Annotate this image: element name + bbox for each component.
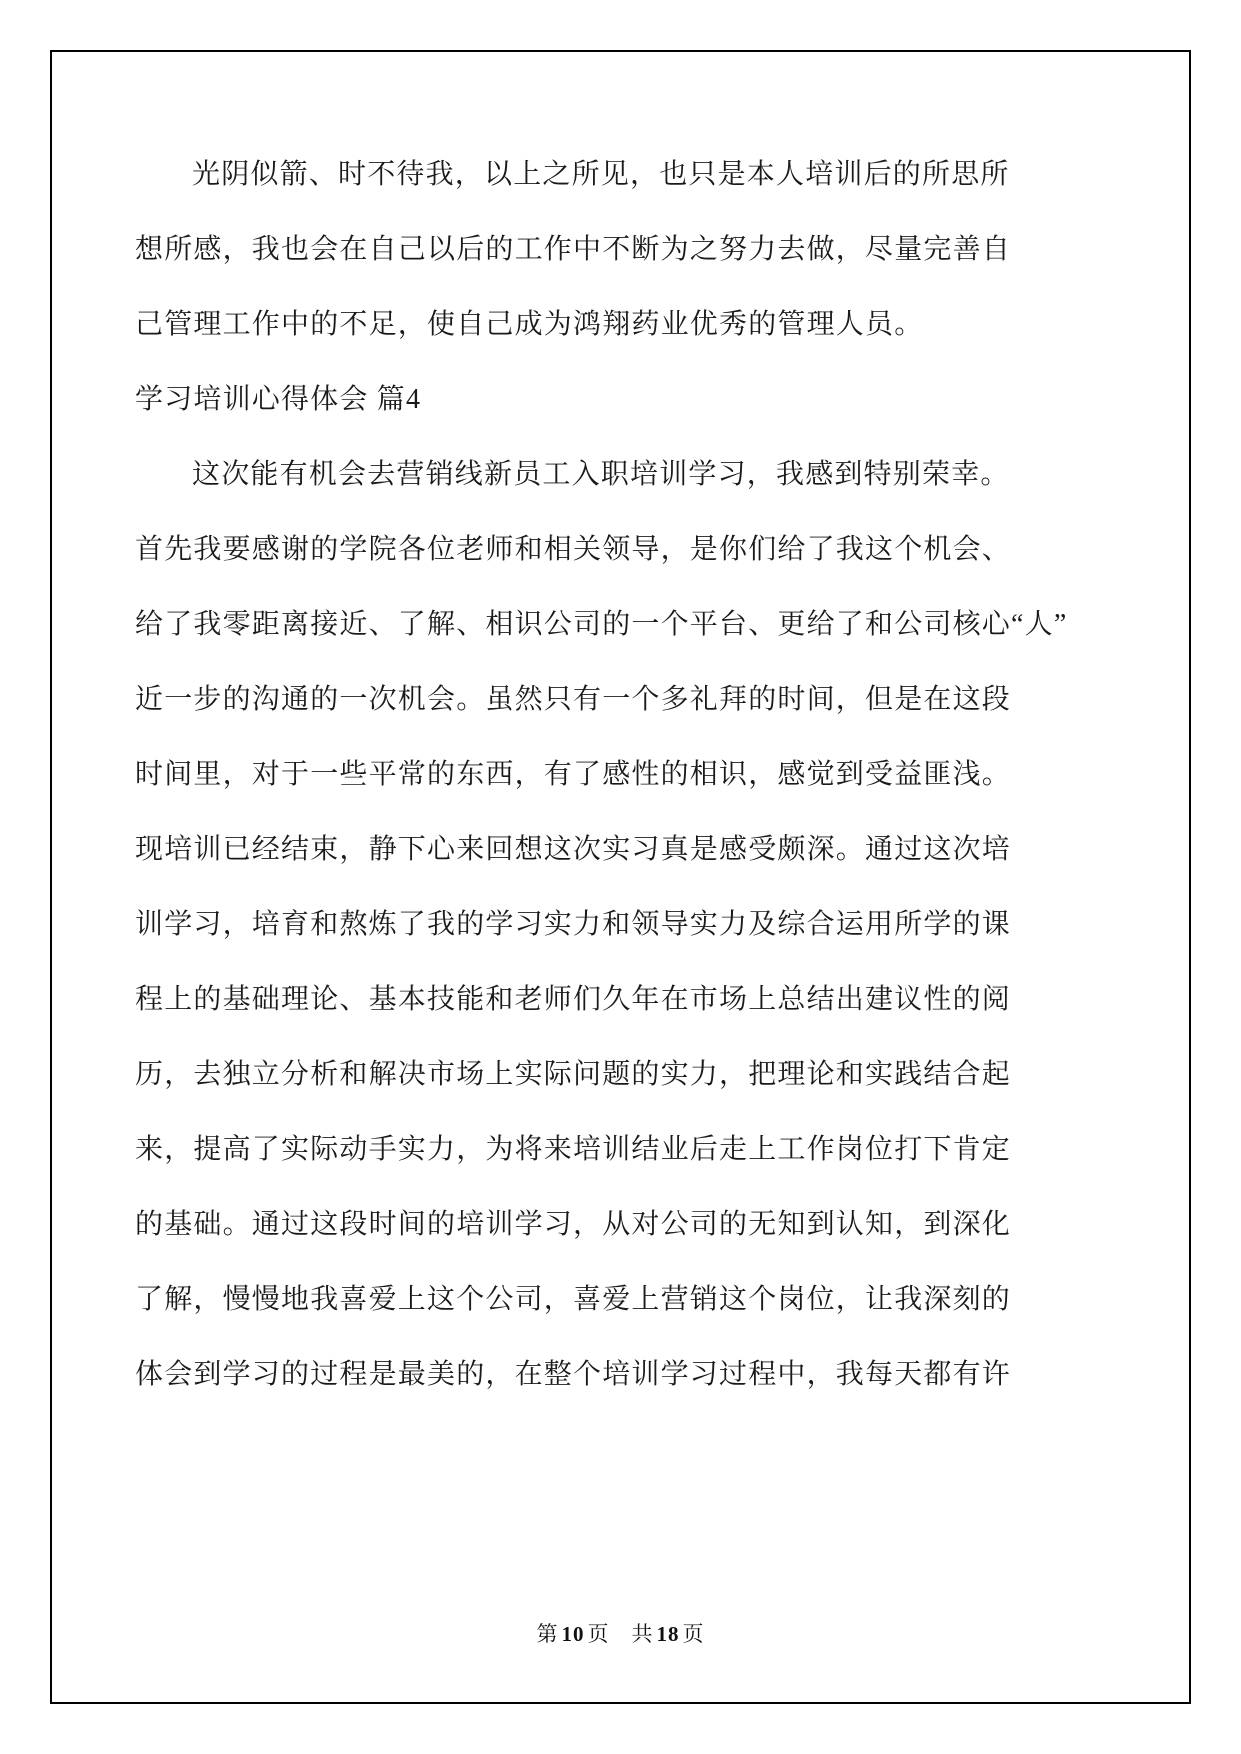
text-line: 训学习，培育和熬炼了我的学习实力和领导实力及综合运用所学的课: [135, 887, 1145, 962]
document-page: 光阴似箭、时不待我，以上之所见，也只是本人培训后的所思所想所感，我也会在自己以后…: [0, 0, 1241, 1754]
total-label-suffix: 页: [683, 1622, 705, 1646]
text-line: 给了我零距离接近、了解、相识公司的一个平台、更给了和公司核心“人”: [135, 587, 1145, 662]
page-label-prefix: 第: [537, 1622, 559, 1646]
total-pages-number: 18: [657, 1622, 680, 1646]
document-body: 光阴似箭、时不待我，以上之所见，也只是本人培训后的所思所想所感，我也会在自己以后…: [135, 137, 1145, 1412]
text-line: 首先我要感谢的学院各位老师和相关领导，是你们给了我这个机会、: [135, 512, 1145, 587]
page-number: 10: [562, 1622, 585, 1646]
text-line: 了解，慢慢地我喜爱上这个公司，喜爱上营销这个岗位，让我深刻的: [135, 1262, 1145, 1337]
text-line: 体会到学习的过程是最美的，在整个培训学习过程中，我每天都有许: [135, 1337, 1145, 1412]
text-line: 来，提高了实际动手实力，为将来培训结业后走上工作岗位打下肯定: [135, 1112, 1145, 1187]
page-footer: 第10页共18页: [0, 1620, 1241, 1648]
text-line: 的基础。通过这段时间的培训学习，从对公司的无知到认知，到深化: [135, 1187, 1145, 1262]
page-label-suffix: 页: [588, 1622, 610, 1646]
total-label-prefix: 共: [632, 1622, 654, 1646]
text-line: 己管理工作中的不足，使自己成为鸿翔药业优秀的管理人员。: [135, 287, 1145, 362]
section-heading: 学习培训心得体会 篇4: [135, 362, 1145, 437]
text-line: 历，去独立分析和解决市场上实际问题的实力，把理论和实践结合起: [135, 1037, 1145, 1112]
text-line: 近一步的沟通的一次机会。虽然只有一个多礼拜的时间，但是在这段: [135, 662, 1145, 737]
text-line: 想所感，我也会在自己以后的工作中不断为之努力去做，尽量完善自: [135, 212, 1145, 287]
text-line: 现培训已经结束，静下心来回想这次实习真是感受颇深。通过这次培: [135, 812, 1145, 887]
total-pages-indicator: 共18页: [632, 1622, 705, 1646]
text-line: 光阴似箭、时不待我，以上之所见，也只是本人培训后的所思所: [135, 137, 1145, 212]
text-line: 时间里，对于一些平常的东西，有了感性的相识，感觉到受益匪浅。: [135, 737, 1145, 812]
text-line: 程上的基础理论、基本技能和老师们久年在市场上总结出建议性的阅: [135, 962, 1145, 1037]
page-indicator: 第10页: [537, 1622, 610, 1646]
text-line: 这次能有机会去营销线新员工入职培训学习，我感到特别荣幸。: [135, 437, 1145, 512]
